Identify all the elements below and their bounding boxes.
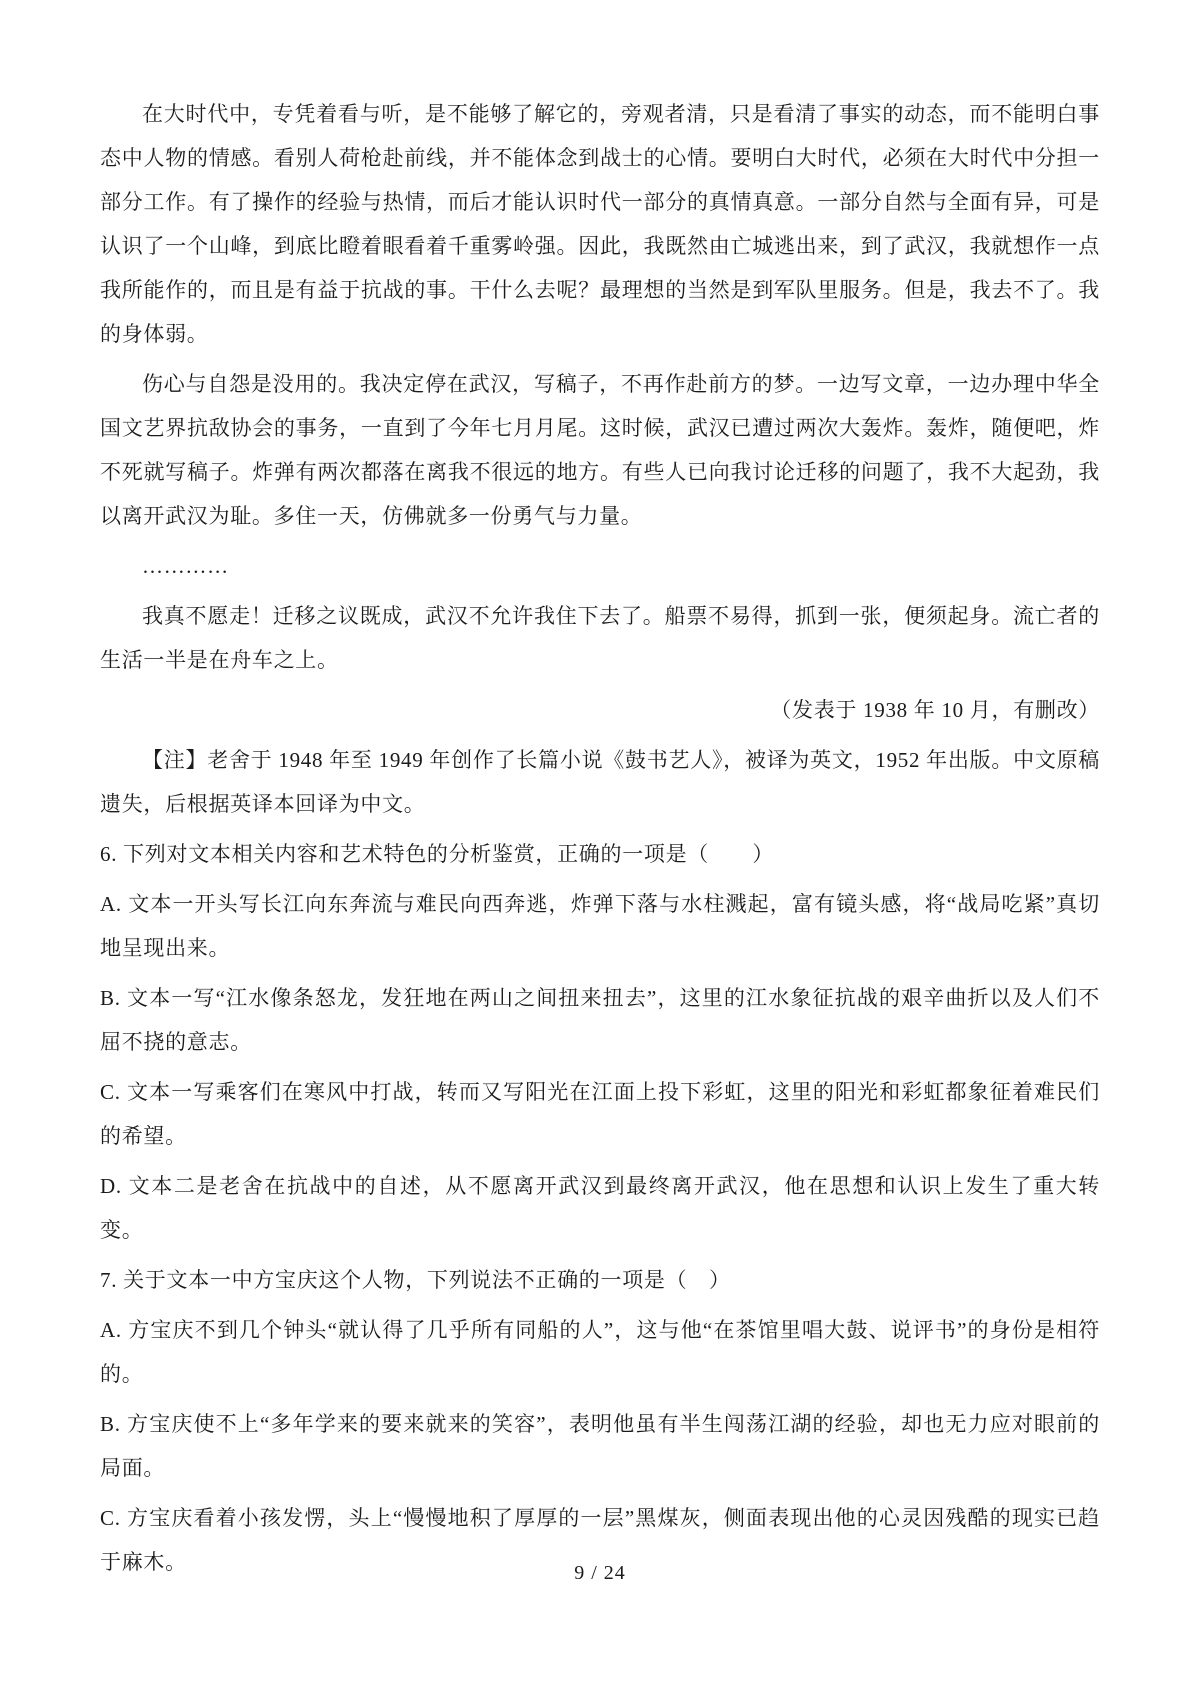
document-page: 在大时代中，专凭着看与听，是不能够了解它的，旁观者清，只是看清了事实的动态，而不… — [0, 0, 1200, 1697]
attribution-line: （发表于 1938 年 10 月，有删改） — [100, 688, 1100, 732]
question-6-option-b: B. 文本一写“江水像条怒龙，发狂地在两山之间扭来扭去”，这里的江水象征抗战的艰… — [100, 976, 1100, 1064]
page-number: 9 / 24 — [0, 1562, 1200, 1585]
question-7-stem: 7. 关于文本一中方宝庆这个人物，下列说法不正确的一项是（ ） — [100, 1258, 1100, 1302]
question-6-option-c: C. 文本一写乘客们在寒风中打战，转而又写阳光在江面上投下彩虹，这里的阳光和彩虹… — [100, 1070, 1100, 1158]
passage-paragraph: 伤心与自怨是没用的。我决定停在武汉，写稿子，不再作赴前方的梦。一边写文章，一边办… — [100, 362, 1100, 538]
passage-paragraph: 在大时代中，专凭着看与听，是不能够了解它的，旁观者清，只是看清了事实的动态，而不… — [100, 92, 1100, 356]
passage-and-questions: 在大时代中，专凭着看与听，是不能够了解它的，旁观者清，只是看清了事实的动态，而不… — [100, 92, 1100, 1584]
passage-paragraph: 我真不愿走！迁移之议既成，武汉不允许我住下去了。船票不易得，抓到一张，便须起身。… — [100, 594, 1100, 682]
question-7-option-b: B. 方宝庆使不上“多年学来的要来就来的笑容”，表明他虽有半生闯荡江湖的经验，却… — [100, 1402, 1100, 1490]
question-6-stem: 6. 下列对文本相关内容和艺术特色的分析鉴赏，正确的一项是（ ） — [100, 832, 1100, 876]
question-7-option-a: A. 方宝庆不到几个钟头“就认得了几乎所有同船的人”，这与他“在茶馆里唱大鼓、说… — [100, 1308, 1100, 1396]
question-6-option-a: A. 文本一开头写长江向东奔流与难民向西奔逃，炸弹下落与水柱溅起，富有镜头感，将… — [100, 882, 1100, 970]
ellipsis-line: ………… — [100, 544, 1100, 588]
question-6-option-d: D. 文本二是老舍在抗战中的自述，从不愿离开武汉到最终离开武汉，他在思想和认识上… — [100, 1164, 1100, 1252]
passage-note: 【注】老舍于 1948 年至 1949 年创作了长篇小说《鼓书艺人》，被译为英文… — [100, 738, 1100, 826]
